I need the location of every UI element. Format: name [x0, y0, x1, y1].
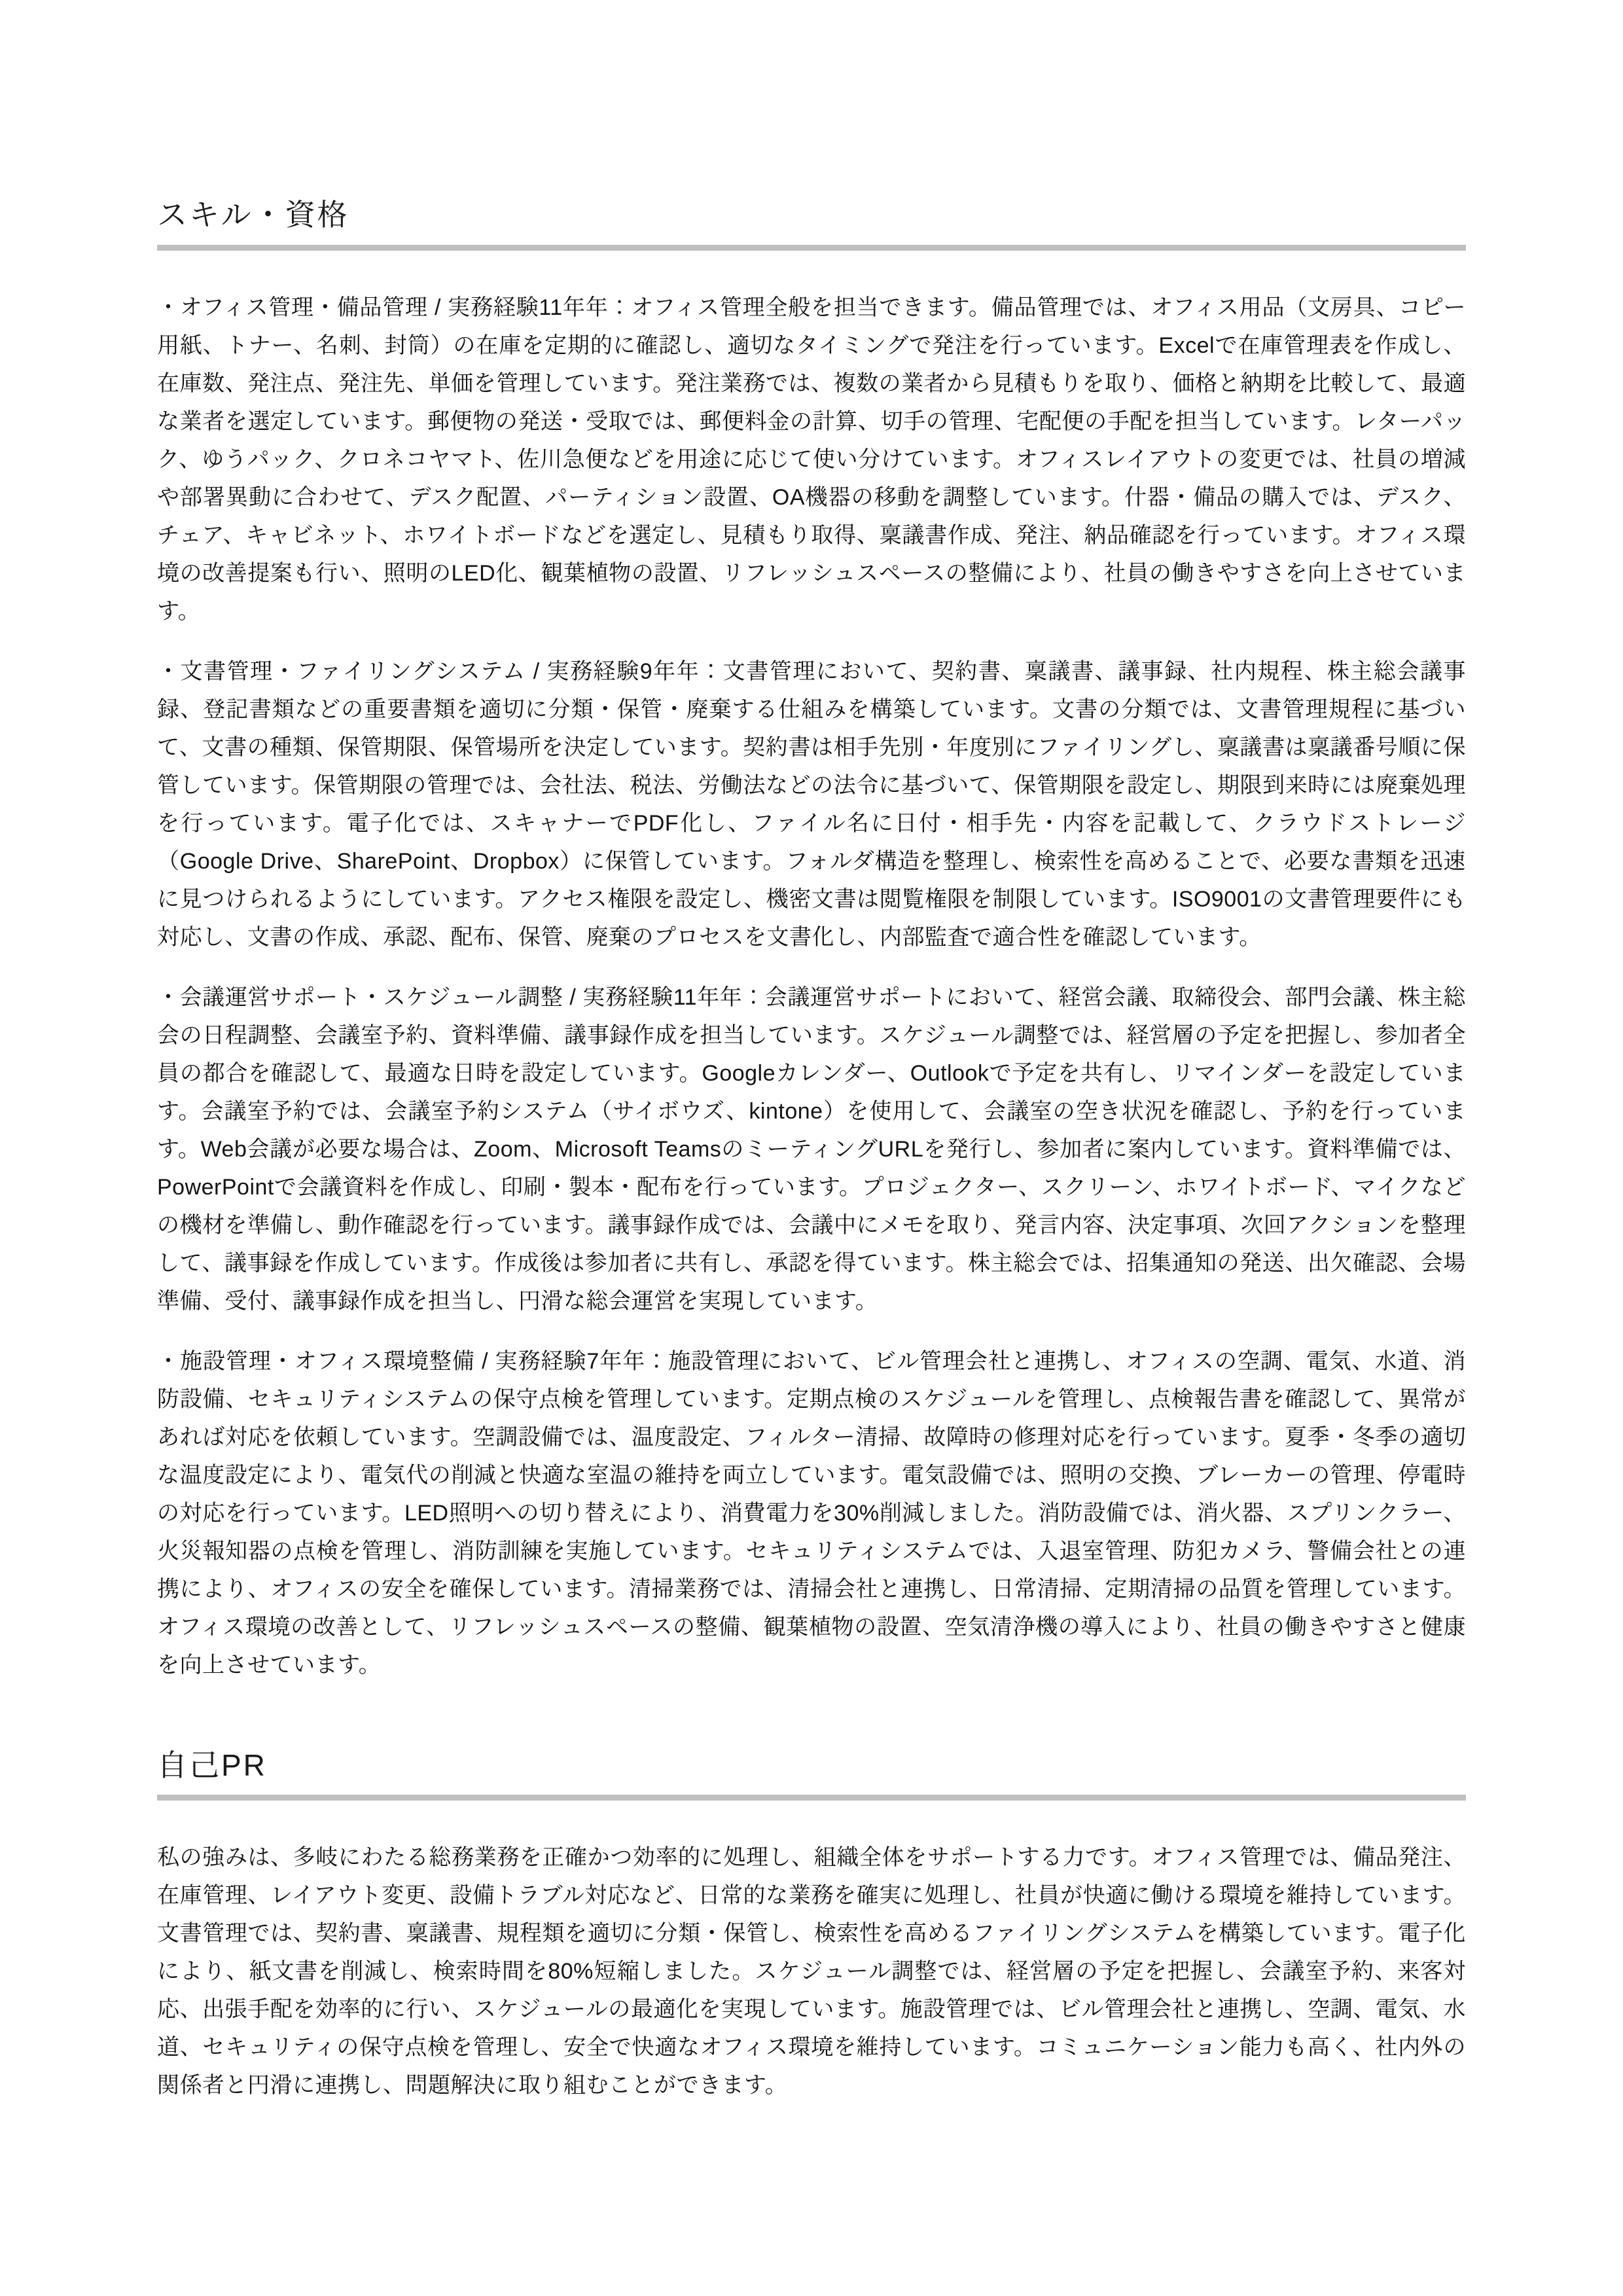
- self-pr-section-heading: 自己PR: [157, 1747, 1466, 1785]
- heading-underline-rule: [157, 245, 1466, 251]
- self-pr-paragraph: 私の強みは、多岐にわたる総務業務を正確かつ効率的に処理し、組織全体をサポートする…: [157, 1839, 1466, 2104]
- skills-section-heading: スキル・資格: [157, 196, 1466, 234]
- skill-paragraph-office-management: ・オフィス管理・備品管理 / 実務経験11年年：オフィス管理全般を担当できます。…: [157, 289, 1466, 630]
- skill-paragraph-document-management: ・文書管理・ファイリングシステム / 実務経験9年年：文書管理において、契約書、…: [157, 653, 1466, 956]
- skill-paragraph-facility-management: ・施設管理・オフィス環境整備 / 実務経験7年年：施設管理において、ビル管理会社…: [157, 1342, 1466, 1684]
- heading-underline-rule: [157, 1795, 1466, 1801]
- section-self-pr: 自己PR 私の強みは、多岐にわたる総務業務を正確かつ効率的に処理し、組織全体をサ…: [157, 1747, 1466, 2105]
- section-skills: スキル・資格 ・オフィス管理・備品管理 / 実務経験11年年：オフィス管理全般を…: [157, 196, 1466, 1684]
- resume-document-page: スキル・資格 ・オフィス管理・備品管理 / 実務経験11年年：オフィス管理全般を…: [0, 0, 1623, 2296]
- skill-paragraph-meeting-support: ・会議運営サポート・スケジュール調整 / 実務経験11年年：会議運営サポートにお…: [157, 978, 1466, 1320]
